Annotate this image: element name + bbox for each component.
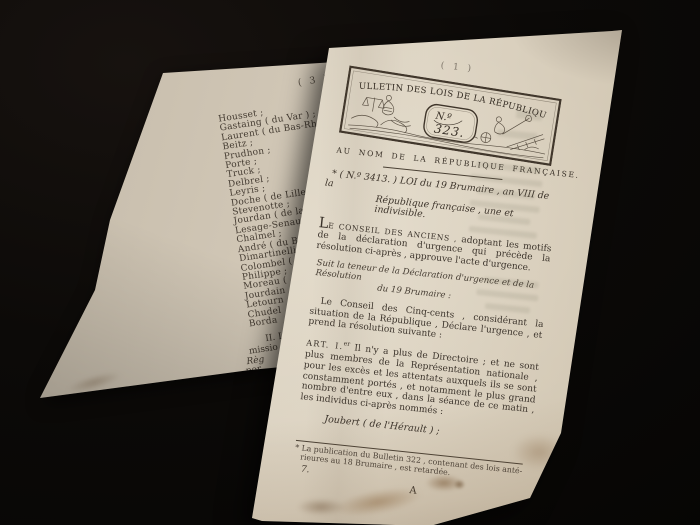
number-cartouche: N.º 323. (422, 103, 479, 144)
paragraph-article-one: ART. I.er Il n'y a plus de Directoire ; … (300, 336, 540, 428)
right-sheet-shadow: ( 1 ) BULLETIN DES LOIS DE LA RÉPUBLIQUE (0, 0, 700, 525)
right-sheet: ( 1 ) BULLETIN DES LOIS DE LA RÉPUBLIQUE (0, 0, 700, 525)
page-marker: 7. (300, 465, 310, 477)
photo-background: ( 3 ) Housset ;Gastaing ( du Var ) ;Laur… (0, 0, 700, 525)
figure-head (386, 95, 392, 101)
paragraph-text: Il n'y a plus de Directoire ; et ne sont… (300, 344, 539, 418)
figure-head (496, 116, 502, 122)
ladder-icon (506, 129, 545, 154)
tool-icon (503, 112, 532, 138)
right-page-content: ( 1 ) BULLETIN DES LOIS DE LA RÉPUBLIQUE (291, 50, 570, 512)
signature-mark: A (409, 486, 417, 497)
scales-of-justice-icon (362, 96, 386, 113)
article-ordinal: er (343, 340, 350, 348)
paper-stain (290, 496, 352, 518)
